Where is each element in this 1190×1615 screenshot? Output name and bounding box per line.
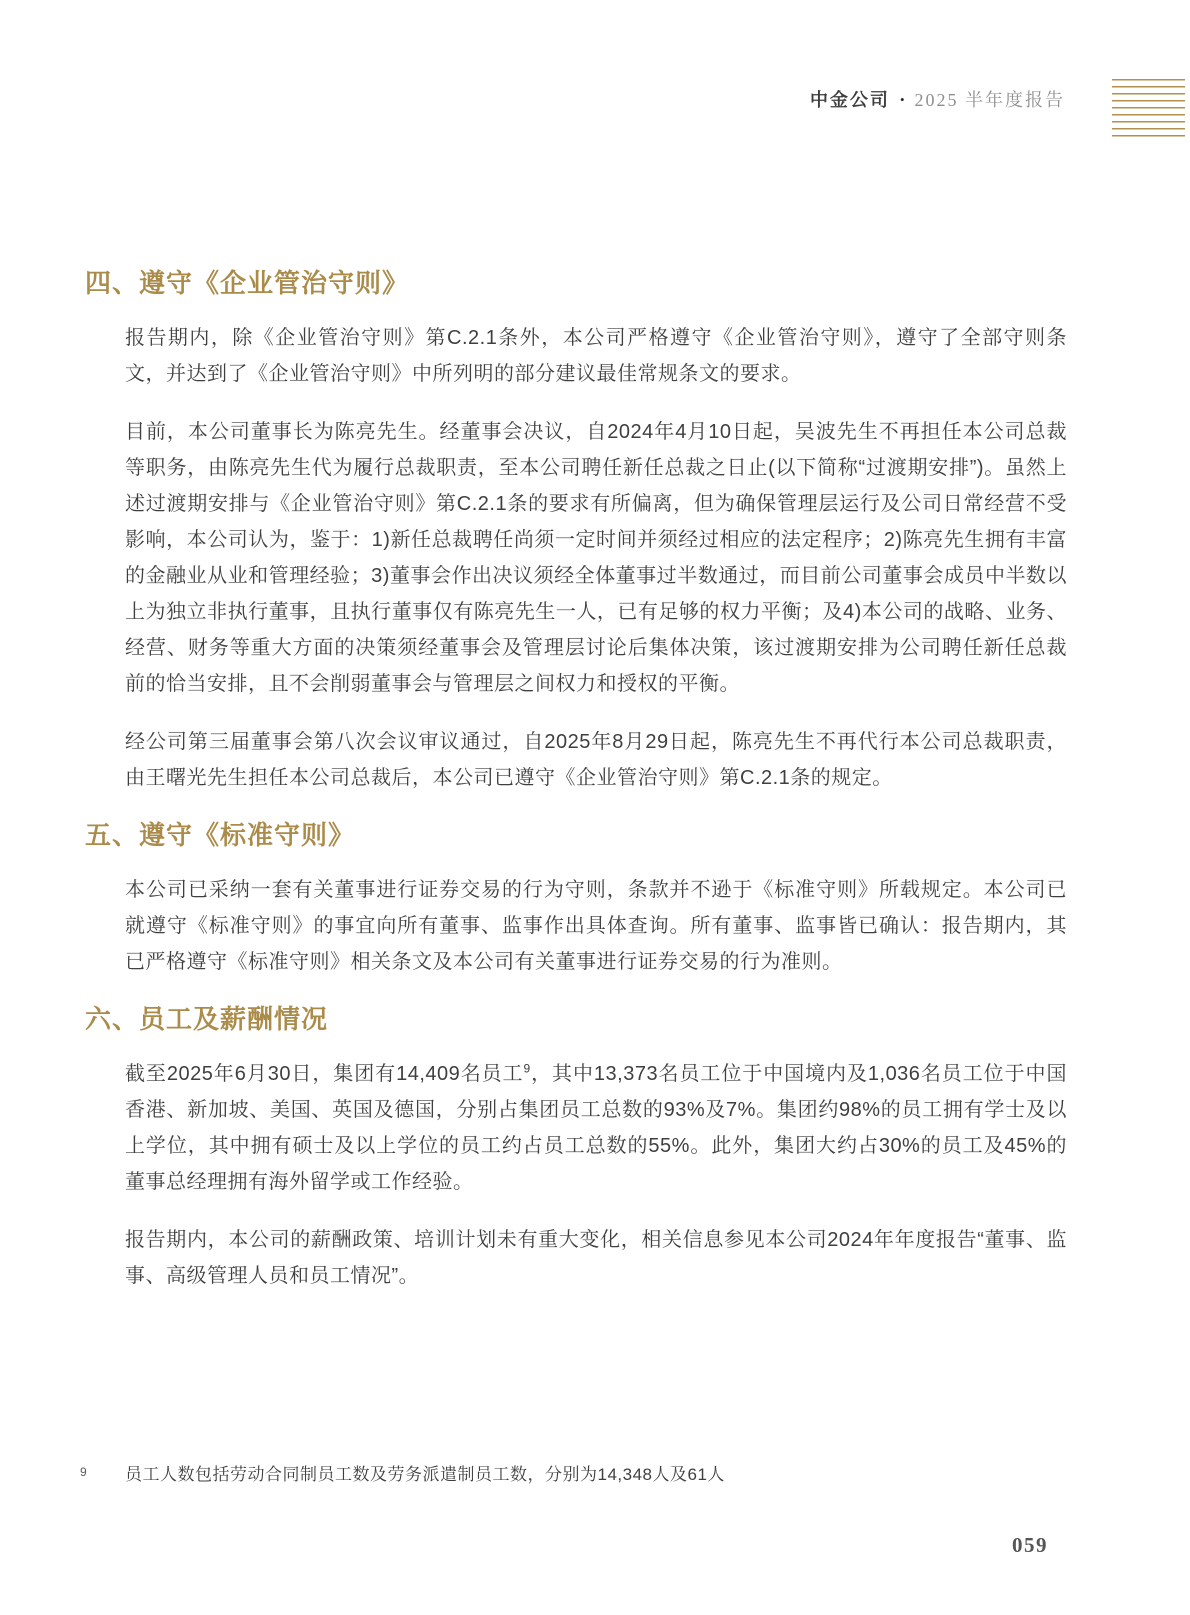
separator-dot-icon: • (900, 92, 905, 107)
report-title: 2025 半年度报告 (915, 90, 1066, 110)
paragraph: 本公司已采纳一套有关董事进行证券交易的行为守则，条款并不逊于《标准守则》所载规定… (125, 872, 1067, 980)
gold-stripes-decoration (1112, 79, 1185, 137)
footnote-marker: 9 (80, 1465, 125, 1479)
footnote-reference: 9 (524, 1061, 531, 1075)
paragraph: 报告期内，除《企业管治守则》第C.2.1条外，本公司严格遵守《企业管治守则》，遵… (125, 320, 1067, 392)
section-heading: 六、员工及薪酬情况 (85, 1002, 1067, 1036)
paragraph: 截至2025年6月30日，集团有14,409名员工9，其中13,373名员工位于… (125, 1056, 1067, 1200)
company-name: 中金公司 (810, 90, 890, 110)
paragraph: 报告期内，本公司的薪酬政策、培训计划未有重大变化，相关信息参见本公司2024年年… (125, 1222, 1067, 1294)
footnote-text: 员工人数包括劳动合同制员工数及劳务派遣制员工数，分别为14,348人及61人 (125, 1465, 725, 1484)
section-five: 五、遵守《标准守则》本公司已采纳一套有关董事进行证券交易的行为守则，条款并不逊于… (85, 818, 1067, 980)
section-heading: 四、遵守《企业管治守则》 (85, 266, 1067, 300)
document-content: 四、遵守《企业管治守则》报告期内，除《企业管治守则》第C.2.1条外，本公司严格… (85, 266, 1067, 1316)
footnote: 9员工人数包括劳动合同制员工数及劳务派遣制员工数，分别为14,348人及61人 (80, 1460, 1070, 1485)
section-body: 截至2025年6月30日，集团有14,409名员工9，其中13,373名员工位于… (85, 1056, 1067, 1294)
section-heading: 五、遵守《标准守则》 (85, 818, 1067, 852)
section-four: 四、遵守《企业管治守则》报告期内，除《企业管治守则》第C.2.1条外，本公司严格… (85, 266, 1067, 796)
running-head: 中金公司•2025 半年度报告 (810, 86, 1065, 112)
paragraph: 经公司第三届董事会第八次会议审议通过，自2025年8月29日起，陈亮先生不再代行… (125, 724, 1067, 796)
paragraph: 目前，本公司董事长为陈亮先生。经董事会决议，自2024年4月10日起，吴波先生不… (125, 414, 1067, 702)
section-body: 报告期内，除《企业管治守则》第C.2.1条外，本公司严格遵守《企业管治守则》，遵… (85, 320, 1067, 796)
section-body: 本公司已采纳一套有关董事进行证券交易的行为守则，条款并不逊于《标准守则》所载规定… (85, 872, 1067, 980)
section-six: 六、员工及薪酬情况截至2025年6月30日，集团有14,409名员工9，其中13… (85, 1002, 1067, 1294)
page-number: 059 (1012, 1533, 1048, 1558)
